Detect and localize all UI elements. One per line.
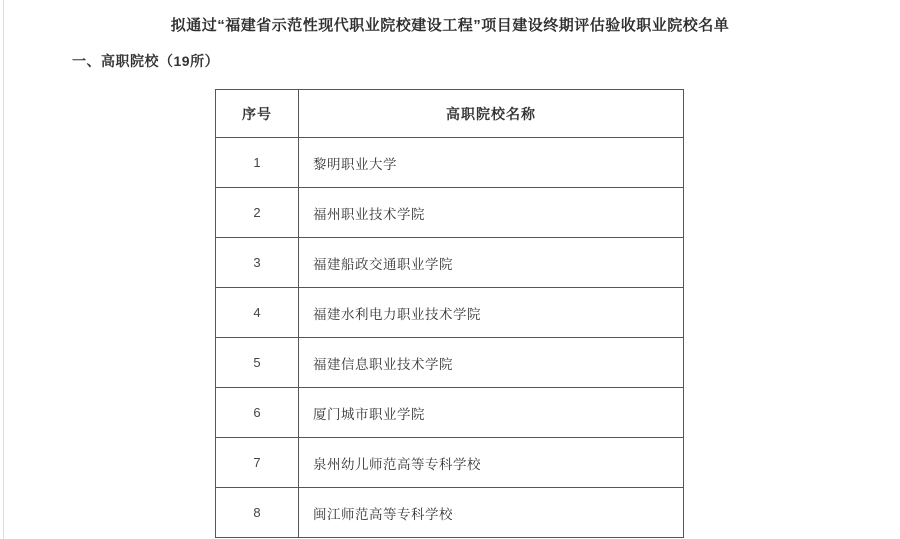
table-row: 1 黎明职业大学 [216, 138, 684, 188]
table-row: 3 福建船政交通职业学院 [216, 238, 684, 288]
colleges-table: 序号 高职院校名称 1 黎明职业大学 2 福州职业技术学院 3 福建船政交通职业… [215, 89, 684, 538]
row-number-cell: 7 [216, 438, 299, 488]
college-name-cell: 福建水利电力职业技术学院 [299, 288, 684, 338]
page-edge-line [3, 0, 4, 539]
document-page: 拟通过“福建省示范性现代职业院校建设工程”项目建设终期评估验收职业院校名单 一、… [0, 0, 900, 539]
row-number-cell: 3 [216, 238, 299, 288]
table-row: 5 福建信息职业技术学院 [216, 338, 684, 388]
table-row: 8 闽江师范高等专科学校 [216, 488, 684, 538]
table-row: 7 泉州幼儿师范高等专科学校 [216, 438, 684, 488]
table-row: 2 福州职业技术学院 [216, 188, 684, 238]
table-header-row: 序号 高职院校名称 [216, 90, 684, 138]
table-header-no: 序号 [216, 90, 299, 138]
table-row: 4 福建水利电力职业技术学院 [216, 288, 684, 338]
document-title: 拟通过“福建省示范性现代职业院校建设工程”项目建设终期评估验收职业院校名单 [0, 14, 900, 35]
college-name-cell: 厦门城市职业学院 [299, 388, 684, 438]
row-number-cell: 1 [216, 138, 299, 188]
row-number-cell: 6 [216, 388, 299, 438]
college-name-cell: 泉州幼儿师范高等专科学校 [299, 438, 684, 488]
college-name-cell: 福建信息职业技术学院 [299, 338, 684, 388]
table-row: 6 厦门城市职业学院 [216, 388, 684, 438]
college-name-cell: 福州职业技术学院 [299, 188, 684, 238]
college-name-cell: 福建船政交通职业学院 [299, 238, 684, 288]
row-number-cell: 2 [216, 188, 299, 238]
row-number-cell: 8 [216, 488, 299, 538]
table-header-name: 高职院校名称 [299, 90, 684, 138]
row-number-cell: 4 [216, 288, 299, 338]
row-number-cell: 5 [216, 338, 299, 388]
college-name-cell: 闽江师范高等专科学校 [299, 488, 684, 538]
college-name-cell: 黎明职业大学 [299, 138, 684, 188]
table-body: 1 黎明职业大学 2 福州职业技术学院 3 福建船政交通职业学院 4 福建水利电… [216, 138, 684, 538]
section-heading: 一、高职院校（19所） [72, 51, 219, 71]
